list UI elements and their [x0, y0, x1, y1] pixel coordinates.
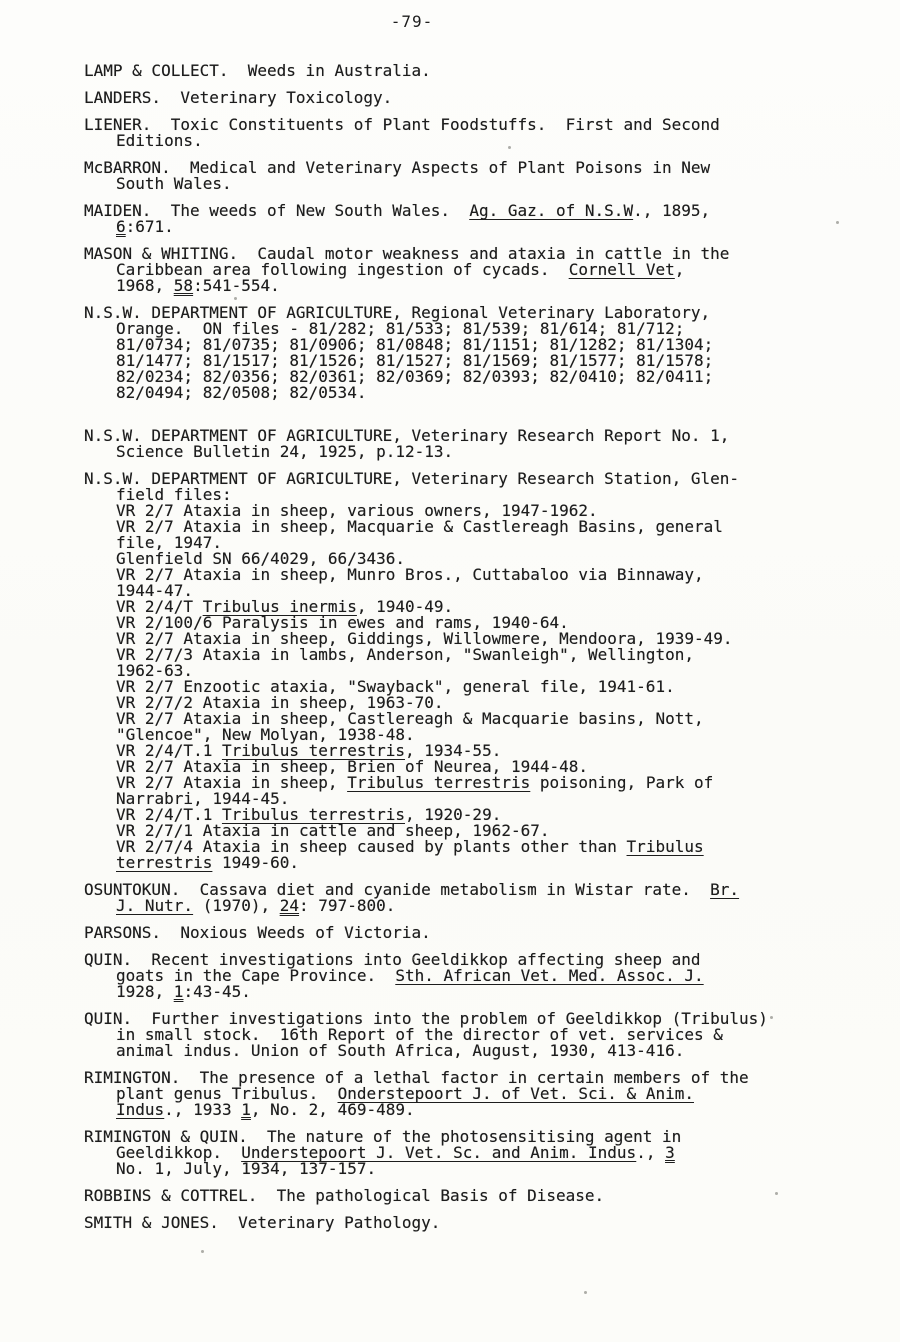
text-segment: PARSONS. Noxious Weeds of Victoria. — [84, 923, 431, 942]
scan-speck — [775, 1192, 778, 1195]
text-segment: ., 1895, — [633, 201, 710, 220]
bib-entry-continuation-line: 1928, 1:43-45. — [84, 984, 854, 1000]
underlined-text: Tribulus — [627, 837, 704, 856]
bib-entry: RIMINGTON & QUIN. The nature of the phot… — [84, 1129, 854, 1177]
scan-speck — [508, 146, 511, 149]
bib-entry: QUIN. Recent investigations into Geeldik… — [84, 952, 854, 1000]
text-segment: , — [675, 260, 685, 279]
text-segment: Science Bulletin 24, 1925, p.12-13. — [116, 442, 453, 461]
bib-entry-continuation-line: Indus., 1933 1, No. 2, 469-489. — [84, 1102, 854, 1118]
text-segment: 82/0494; 82/0508; 82/0534. — [116, 383, 366, 402]
text-segment: LAMP & COLLECT. Weeds in Australia. — [84, 61, 431, 80]
bib-entry-continuation-line: VR 2/7 Ataxia in sheep, Munro Bros., Cut… — [84, 567, 854, 583]
text-segment: 1949-60. — [212, 853, 299, 872]
underlined-text: Indus — [116, 1100, 164, 1119]
bib-entry: N.S.W. DEPARTMENT OF AGRICULTURE, Region… — [84, 305, 854, 401]
bib-entry: SMITH & JONES. Veterinary Pathology. — [84, 1215, 854, 1231]
page-number: -79- — [84, 14, 740, 30]
text-segment: ., 1933 — [164, 1100, 241, 1119]
text-segment: Editions. — [116, 131, 203, 150]
text-segment: :43-45. — [183, 982, 250, 1001]
text-segment: (1970), — [193, 896, 280, 915]
text-segment: 1928, — [116, 982, 174, 1001]
bib-entry-continuation-line: 82/0494; 82/0508; 82/0534. — [84, 385, 854, 401]
text-segment: South Wales. — [116, 174, 232, 193]
bib-entry-continuation-line: 6:671. — [84, 219, 854, 235]
bib-entry: McBARRON. Medical and Veterinary Aspects… — [84, 160, 854, 192]
text-segment: No. 1, July, 1934, 137-157. — [116, 1159, 376, 1178]
double-underlined-text: 1 — [174, 982, 184, 1001]
bibliography: LAMP & COLLECT. Weeds in Australia.LANDE… — [84, 63, 854, 1231]
text-segment: VR 2/7/3 Ataxia in lambs, Anderson, "Swa… — [116, 645, 694, 664]
document-content: -79- LAMP & COLLECT. Weeds in Australia.… — [84, 14, 854, 1242]
bib-entry: QUIN. Further investigations into the pr… — [84, 1011, 854, 1059]
bib-entry-continuation-line: South Wales. — [84, 176, 854, 192]
scan-speck — [584, 1291, 587, 1294]
bib-entry: ROBBINS & COTTREL. The pathological Basi… — [84, 1188, 854, 1204]
text-segment: 1968, — [116, 276, 174, 295]
scanned-document-page: -79- LAMP & COLLECT. Weeds in Australia.… — [0, 0, 900, 1342]
bib-entry: LAMP & COLLECT. Weeds in Australia. — [84, 63, 854, 79]
bib-entry: LIENER. Toxic Constituents of Plant Food… — [84, 117, 854, 149]
text-segment: : 797-800. — [299, 896, 395, 915]
bib-entry-first-line: MAIDEN. The weeds of New South Wales. Ag… — [84, 203, 854, 219]
bib-entry-first-line: LANDERS. Veterinary Toxicology. — [84, 90, 854, 106]
bib-entry-first-line: PARSONS. Noxious Weeds of Victoria. — [84, 925, 854, 941]
text-segment: VR 2/7 Ataxia in sheep, Munro Bros., Cut… — [116, 565, 704, 584]
text-segment: SMITH & JONES. Veterinary Pathology. — [84, 1213, 440, 1232]
text-segment: , No. 2, 469-489. — [251, 1100, 415, 1119]
bib-entry-continuation-line: No. 1, July, 1934, 137-157. — [84, 1161, 854, 1177]
text-segment: ROBBINS & COTTREL. The pathological Basi… — [84, 1186, 604, 1205]
bib-entry-first-line: LAMP & COLLECT. Weeds in Australia. — [84, 63, 854, 79]
text-segment: LANDERS. Veterinary Toxicology. — [84, 88, 392, 107]
underlined-text: Tribulus terrestris — [347, 773, 530, 792]
underlined-text: Sth. African Vet. Med. Assoc. J. — [395, 966, 703, 985]
bib-entry-continuation-line: VR 2/7/3 Ataxia in lambs, Anderson, "Swa… — [84, 647, 854, 663]
underlined-text: terrestris — [116, 853, 212, 872]
scan-speck — [836, 221, 839, 224]
bib-entry: PARSONS. Noxious Weeds of Victoria. — [84, 925, 854, 941]
bib-entry-first-line: SMITH & JONES. Veterinary Pathology. — [84, 1215, 854, 1231]
bib-entry: MAIDEN. The weeds of New South Wales. Ag… — [84, 203, 854, 235]
bib-entry: OSUNTOKUN. Cassava diet and cyanide meta… — [84, 882, 854, 914]
underlined-text: Cornell Vet — [569, 260, 675, 279]
bib-entry-continuation-line: J. Nutr. (1970), 24: 797-800. — [84, 898, 854, 914]
bib-entry-continuation-line: terrestris 1949-60. — [84, 855, 854, 871]
double-underlined-text: 1 — [241, 1100, 251, 1119]
text-segment: :671. — [126, 217, 174, 236]
double-underlined-text: 58 — [174, 276, 193, 295]
bib-entry-continuation-line: Science Bulletin 24, 1925, p.12-13. — [84, 444, 854, 460]
scan-speck — [412, 957, 415, 960]
bib-entry: RIMINGTON. The presence of a lethal fact… — [84, 1070, 854, 1118]
scan-speck — [201, 1250, 204, 1253]
underlined-text: Ag. Gaz. of N.S.W — [469, 201, 633, 220]
text-segment: animal indus. Union of South Africa, Aug… — [116, 1041, 684, 1060]
bib-entry-first-line: ROBBINS & COTTREL. The pathological Basi… — [84, 1188, 854, 1204]
underlined-text: J. Nutr. — [116, 896, 193, 915]
scan-speck — [234, 297, 237, 300]
text-segment: poisoning, Park of — [530, 773, 713, 792]
text-segment: ., — [636, 1143, 665, 1162]
bib-entry-continuation-line: animal indus. Union of South Africa, Aug… — [84, 1043, 854, 1059]
underlined-text: Br. — [710, 880, 739, 899]
bib-entry: LANDERS. Veterinary Toxicology. — [84, 90, 854, 106]
scan-speck — [770, 1016, 773, 1019]
bib-entry: MASON & WHITING. Caudal motor weakness a… — [84, 246, 854, 294]
bib-entry: N.S.W. DEPARTMENT OF AGRICULTURE, Veteri… — [84, 471, 854, 871]
bib-entry-continuation-line: 1968, 58:541-554. — [84, 278, 854, 294]
double-underlined-text: 3 — [665, 1143, 675, 1162]
double-underlined-text: 6 — [116, 217, 126, 236]
text-segment: :541-554. — [193, 276, 280, 295]
bib-entry-continuation-line: Editions. — [84, 133, 854, 149]
bib-entry: N.S.W. DEPARTMENT OF AGRICULTURE, Veteri… — [84, 428, 854, 460]
double-underlined-text: 24 — [280, 896, 299, 915]
